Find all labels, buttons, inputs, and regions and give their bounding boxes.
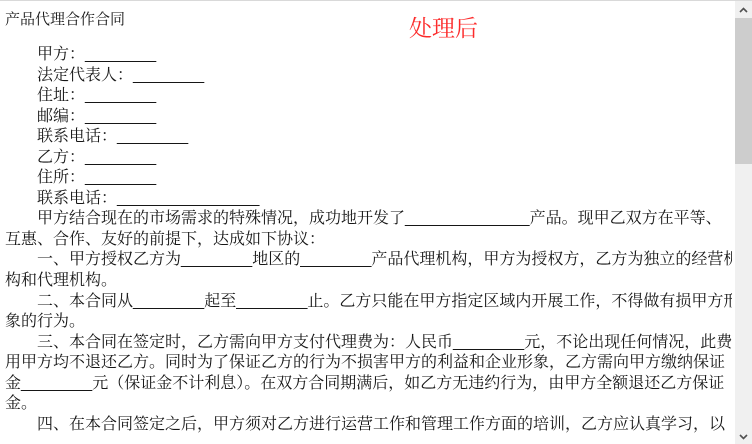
document-line: 三、本合同在签定时，乙方需向甲方支付代理费为：人民币________元，不论出现…: [5, 333, 732, 354]
chevron-up-icon: [739, 7, 748, 13]
document-line: 四、在本合同签定之后，甲方须对乙方进行运营工作和管理工作方面的培训，乙方应认真学…: [5, 415, 732, 436]
processed-label: 处理后: [409, 10, 478, 43]
document-line: 金。: [5, 394, 732, 415]
scroll-down-button[interactable]: [735, 428, 752, 444]
scroll-up-button[interactable]: [735, 1, 752, 18]
document-line: 用甲方均不退还乙方。同时为了保证乙方的行为不损害甲方的利益和企业形象，乙方需向甲…: [5, 353, 732, 374]
document-line: 象的行为。: [5, 312, 732, 333]
document-line: 金________元（保证金不计利息）。在双方合同期满后，如乙方无违约行为，由甲…: [5, 374, 732, 395]
document-line: 联系电话：________: [5, 127, 732, 148]
document-viewer: { "header": { "title": "产品代理合作合同", "proc…: [0, 0, 752, 444]
document-line: 甲方结合现在的市场需求的特殊情况，成功地开发了______________产品。…: [5, 209, 732, 230]
document-line: 联系电话：________________: [5, 189, 732, 210]
document-line: 法定代表人：________: [5, 66, 732, 87]
scrollbar-thumb[interactable]: [735, 18, 752, 164]
document-line: 住所：________: [5, 168, 732, 189]
document-line: 乙方：________: [5, 148, 732, 169]
document-line: 甲方：________: [5, 45, 732, 66]
vertical-scrollbar[interactable]: [735, 1, 752, 444]
document-line: 互惠、合作、友好的前提下，达成如下协议：: [5, 230, 732, 251]
chevron-down-icon: [739, 434, 748, 440]
document-title: 产品代理合作合同: [5, 8, 125, 29]
document-line: 一、甲方授权乙方为________地区的________产品代理机构，甲方为授权…: [5, 250, 732, 271]
document-body: 甲方：________法定代表人：________住址：________邮编：_…: [5, 45, 732, 435]
document-line: 构和代理机构。: [5, 271, 732, 292]
document-line: 住址：________: [5, 86, 732, 107]
document-lines: 甲方：________法定代表人：________住址：________邮编：_…: [5, 45, 732, 435]
document-line: 邮编：________: [5, 107, 732, 128]
document-line: 二、本合同从________起至________止。乙方只能在甲方指定区域内开展…: [5, 292, 732, 313]
